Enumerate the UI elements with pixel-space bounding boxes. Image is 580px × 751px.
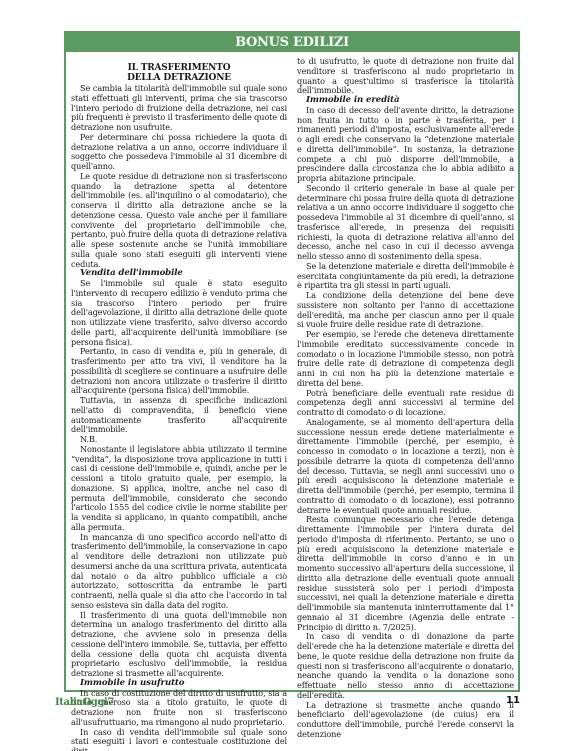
- paragraph: Potrà beneficiare delle eventuali rate r…: [297, 389, 514, 418]
- paragraph: In caso di vendita dell'immobile sul qua…: [71, 728, 287, 751]
- paragraph: Se cambia la titolarità dell'immobile su…: [71, 84, 287, 133]
- paragraph: Analogamente, se al momento dell'apertur…: [297, 418, 514, 516]
- article-box: BONUS EDILIZI IL TRASFERIMENTO DELLA DET…: [64, 31, 520, 692]
- left-column-body: Se cambia la titolarità dell'immobile su…: [71, 84, 287, 751]
- paragraph: Le quote residue di detrazione non si tr…: [71, 172, 287, 270]
- article-title-line2: DELLA DETRAZIONE: [71, 73, 287, 83]
- paragraph: Secondo il criterio generale in base al …: [297, 184, 514, 262]
- article-title: IL TRASFERIMENTO DELLA DETRAZIONE: [71, 63, 287, 83]
- paragraph: Se l'immobile sul quale è stato eseguito…: [71, 279, 287, 347]
- paragraph: Pertanto, in caso di vendita e, più in g…: [71, 347, 287, 396]
- article-title-line1: IL TRASFERIMENTO: [71, 63, 287, 73]
- paragraph: Per determinare chi possa richiedere la …: [71, 133, 287, 172]
- paragraph: Tuttavia, in assenza di specifiche indic…: [71, 396, 287, 435]
- paragraph: La detrazione si trasmette anche quando …: [297, 701, 514, 740]
- paragraph: In mancanza di uno specifico accordo nel…: [71, 533, 287, 611]
- paragraph: La condizione della detenzione del bene …: [297, 291, 514, 330]
- paragraph: In caso di costituzione del diritto di u…: [71, 689, 287, 728]
- section-header: BONUS EDILIZI: [66, 33, 518, 52]
- page-number: 11: [506, 695, 520, 706]
- paragraph: Il trasferimento di una quota dell'immob…: [71, 611, 287, 679]
- left-column: IL TRASFERIMENTO DELLA DETRAZIONE Se cam…: [71, 57, 287, 751]
- publication-logo: ItaliaOggi7: [55, 697, 114, 708]
- paragraph: Resta comunque necessario che l'erede de…: [297, 515, 514, 632]
- paragraph: In caso di vendita o di donazione da par…: [297, 632, 514, 700]
- paragraph-continued: to di usufrutto, le quote di detrazione …: [297, 57, 514, 96]
- paragraph: Nonostante il legislatore abbia utilizza…: [71, 445, 287, 533]
- right-column: to di usufrutto, le quote di detrazione …: [297, 57, 514, 740]
- right-column-body: to di usufrutto, le quote di detrazione …: [297, 57, 514, 740]
- paragraph: Se la detenzione materiale e diretta del…: [297, 262, 514, 291]
- paragraph: Per esempio, se l'erede che deteneva dir…: [297, 330, 514, 389]
- paragraph: In caso di decesso dell'avente diritto, …: [297, 106, 514, 184]
